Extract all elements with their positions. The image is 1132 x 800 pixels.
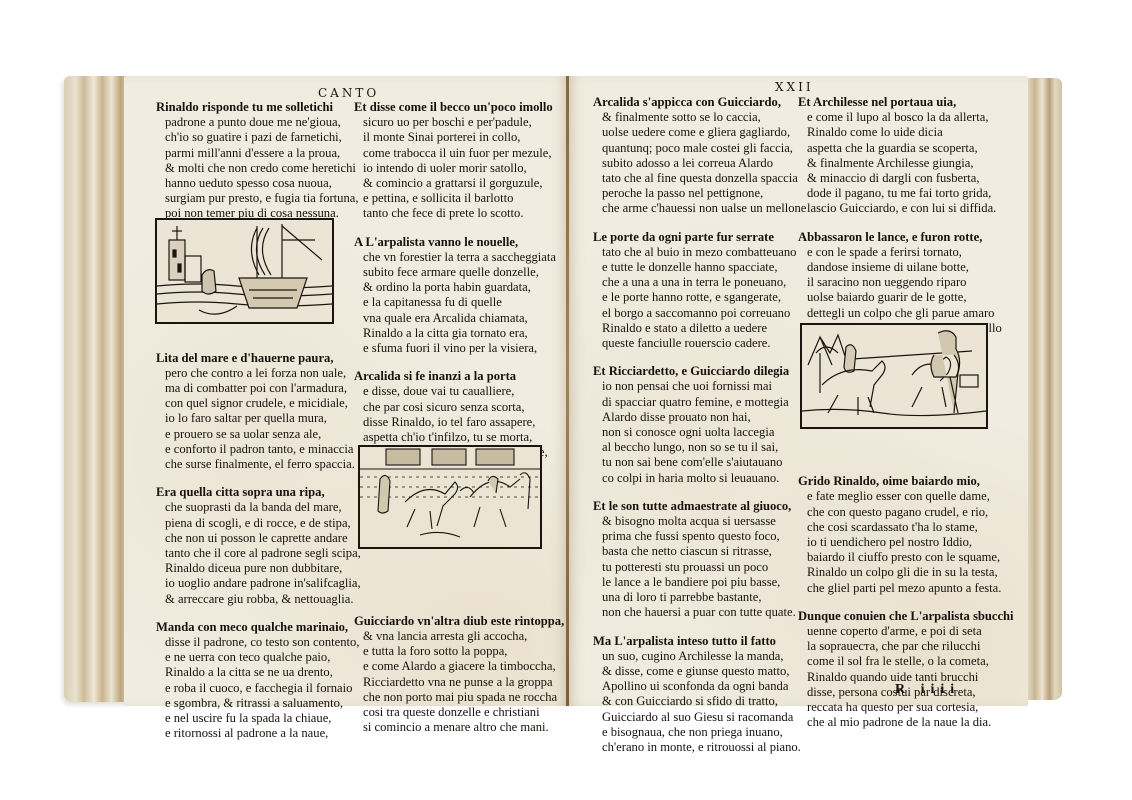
verse-line: disse il padrone, co testo son contento, [156,635,361,650]
verse-line: si comincio a menare altro che mani. [354,720,564,735]
verse-line: tanto che il core al padrone segli scipa… [156,546,361,561]
verse-line: sicuro uo per boschi e per'padule, [354,115,564,130]
verse-line: non che hauersi a puar con tutte quate. [593,605,806,620]
verse-line: Ricciardetto vna ne punse a la groppa [354,675,564,690]
verse-line: queste fanciulle rouerscio cadere. [593,336,806,351]
verse-line: reccata ha questo per sua cortesia, [798,700,1014,715]
verse-line: e bisognaua, che non priega inuano, [593,725,806,740]
verse-line: ch'erano in monte, e ritrouossi al piano… [593,740,806,755]
right-page-column-1: Arcalida s'appicca con Guicciardo,& fina… [593,95,806,768]
verse-line: subito adosso a lei correua Alardo [593,156,806,171]
verse-line: vna quale era Arcalida chiamata, [354,311,564,326]
verse-line: dode il pagano, tu me fai torto grida, [798,186,1014,201]
verse-line: Guicciardo vn'altra diub este rintoppa, [354,614,564,629]
verse-line: A L'arpalista vanno le nouelle, [354,235,564,250]
verse-line: & disse, come e giunse questo matto, [593,664,806,679]
verse-line: Arcalida s'appicca con Guicciardo, [593,95,806,110]
verse-line: Manda con meco qualche marinaio, [156,620,361,635]
verse-line: che con questo pagano crudel, e rio, [798,505,1014,520]
verse-line: & con Guicciardo si sfido di tratto, [593,694,806,709]
verse-line: disse Rinaldo, io tel faro assapere, [354,415,564,430]
verse-line: di spacciar quatro femine, e mottegia [593,395,806,410]
verse-line: e tutta la foro sotto la poppa, [354,644,564,659]
verse-line: al beccho lungo, non so se tu il sai, [593,440,806,455]
verse-line: Ma L'arpalista inteso tutto il fatto [593,634,806,649]
verse-line: & finalmente sotto se lo caccia, [593,110,806,125]
verse-line: & finalmente Archilesse giungia, [798,156,1014,171]
stanza: Guicciardo vn'altra diub este rintoppa,&… [354,614,564,736]
verse-line: cosi tra queste donzelle e christiani [354,705,564,720]
verse-line: un suo, cugino Archilesse la manda, [593,649,806,664]
verse-line: io intendo di uoler morir satollo, [354,161,564,176]
verse-line: & bisogno molta acqua si uersasse [593,514,806,529]
woodcut-knights-illustration [800,323,988,429]
stanza: Et le son tutte admaestrate al giuoco,& … [593,499,806,621]
verse-line: io uoglio andare padrone in'salifcaglia, [156,576,361,591]
verse-line: che non porto mai piu spada ne roccha [354,690,564,705]
verse-line: e come Alardo a giacere la timboccha, [354,659,564,674]
verse-line: e prouero se sa uolar senza ale, [156,427,361,442]
verse-line: hanno ueduto spesso cosa nuoua, [156,176,361,191]
verse-line: il monte Sinai porterei in collo, [354,130,564,145]
verse-line: prima che fussi spento questo foco, [593,529,806,544]
stanza: Le porte da ogni parte fur serratetato c… [593,230,806,352]
verse-line: con quel signor crudele, e micidiale, [156,396,361,411]
verse-line: dettegli un colpo che gli parue amaro [798,306,1014,321]
stanza: Et disse come il becco un'poco imollosic… [354,100,564,222]
verse-line: Era quella citta sopra una ripa, [156,485,361,500]
verse-line: e conforto il padron tanto, e minaccia [156,442,361,457]
stanza: Rinaldo risponde tu me solletichipadrone… [156,100,361,222]
stanza: Grido Rinaldo, oime baiardo mio,e fate m… [798,474,1014,596]
verse-line: Et Ricciardetto, e Guicciardo dilegia [593,364,806,379]
verse-line: Rinaldo diceua pure non dubbitare, [156,561,361,576]
stanza: Et Ricciardetto, e Guicciardo dilegiaio … [593,364,806,486]
verse-line: baiardo il ciuffo presto con le squame, [798,550,1014,565]
stanza: A L'arpalista vanno le nouelle,che vn fo… [354,235,564,357]
verse-line: tu potteresti stu prouassi un poco [593,560,806,575]
book-gutter [566,76,569,706]
verse-line: e la capitanessa fu di quelle [354,295,564,310]
verse-line: e le porte hanno rotte, e sgangerate, [593,290,806,305]
verse-line: & vna lancia arresta gli accocha, [354,629,564,644]
stanza: Ma L'arpalista inteso tutto il fattoun s… [593,634,806,756]
running-head-right: XXII [775,80,814,94]
open-book: CANTO XXII Rinaldo risponde tu me sollet… [0,0,1132,800]
page-signature: R iiii [895,682,960,698]
left-page-column-1: Rinaldo risponde tu me solletichipadrone… [156,100,361,755]
verse-line: e sgombra, & ritrassi a saluamento, [156,696,361,711]
verse-line: tato che al buio in mezo combatteuano [593,245,806,260]
verse-line: & minaccio di dargli con fusberta, [798,171,1014,186]
stanza: Era quella citta sopra una ripa,che suop… [156,485,361,607]
left-page-block-edge [64,76,130,702]
verse-line: & comincio a grattarsi il gorguzule, [354,176,564,191]
verse-line: padrone a punto doue me ne'gioua, [156,115,361,130]
verse-line: Rinaldo e stato a diletto a uedere [593,321,806,336]
verse-line: che vn forestier la terra a saccheggiata [354,250,564,265]
verse-line: tato che al fine questa donzella spaccia [593,171,806,186]
verse-line: pero che contro a lei forza non uale, [156,366,361,381]
verse-line: piena di scogli, e di rocce, e de stipa, [156,516,361,531]
verse-line: Apollino ui sconfonda da ogni banda [593,679,806,694]
verse-line: ch'io so guatire i pazi de farnetichi, [156,130,361,145]
verse-line: parmi mill'anni d'essere a la proua, [156,146,361,161]
verse-line: le lance a le bandiere poi piu basse, [593,575,806,590]
verse-line: e ne uerra con teco qualche paio, [156,650,361,665]
verse-line: peroche la passo nel pettignone, [593,186,806,201]
verse-line: una di loro ti parrebbe bastante, [593,590,806,605]
verse-line: co colpi in haria molto si leuauano. [593,471,806,486]
verse-line: Alardo disse prouato non hai, [593,410,806,425]
verse-line: Le porte da ogni parte fur serrate [593,230,806,245]
verse-line: io non pensai che uoi fornissi mai [593,379,806,394]
verse-line: Arcalida si fe inanzi a la porta [354,369,564,384]
verse-line: quantunq; poco male costei gli faccia, [593,141,806,156]
verse-line: la sopraueста, che par che rilucchi [798,639,1014,654]
verse-line: che a una a una in terra le poneuano, [593,275,806,290]
verse-line: che al mio padrone de la naue la dia. [798,715,1014,730]
verse-line: tu non sai bene com'elle s'aiutauano [593,455,806,470]
verse-line: e sfuma fuori il vino per la visiera, [354,341,564,356]
verse-line: basta che netto ciascun si ritrasse, [593,544,806,559]
verse-line: uolse uedere come e gliera gagliardo, [593,125,806,140]
verse-line: e fate meglio esser con quelle dame, [798,489,1014,504]
verse-line: io ti uendichero pel nostro Iddio, [798,535,1014,550]
verse-line: Et disse come il becco un'poco imollo [354,100,564,115]
verse-line: e con le spade a ferirsi tornato, [798,245,1014,260]
verse-line: e roba il cuoco, e facchegia il fornaio [156,681,361,696]
running-head-left: CANTO [318,86,379,100]
verse-line: Et Archilesse nel portaua uia, [798,95,1014,110]
verse-line: Rinaldo un colpo gli die in su la testa, [798,565,1014,580]
verse-line: Rinaldo a la citta gia tornato era, [354,326,564,341]
verse-line: tanto che fece di prete lo scotto. [354,206,564,221]
verse-line: Lita del mare e d'hauerne paura, [156,351,361,366]
verse-line: che arme c'hauessi non ualse un mellone [593,201,806,216]
left-page-column-2: Et disse come il becco un'poco imollosic… [354,100,564,749]
stanza: Arcalida s'appicca con Guicciardo,& fina… [593,95,806,217]
woodcut-joust-illustration [358,445,542,549]
verse-line: e ritornossi al padrone a la naue, [156,726,361,741]
verse-line: & ordino la porta habin guardata, [354,280,564,295]
verse-line: Et le son tutte admaestrate al giuoco, [593,499,806,514]
verse-line: e tutte le donzelle hanno spacciate, [593,260,806,275]
verse-line: Rinaldo come lo uide dicia [798,125,1014,140]
right-page-block-edge [1026,78,1062,700]
stanza: Manda con meco qualche marinaio,disse il… [156,620,361,742]
verse-line: uenne coperto d'arme, e poi di seta [798,624,1014,639]
verse-line: che gliel parti pel mezo apunto a festa. [798,581,1014,596]
verse-line: el borgo a saccomanno poi correuano [593,306,806,321]
verse-line: io lo faro saltar per quella mura, [156,411,361,426]
verse-line: surgiam pur presto, e fugia tia fortuna, [156,191,361,206]
stanza: Lita del mare e d'hauerne paura,pero che… [156,351,361,473]
verse-line: aspetta ch'io t'infilzo, tu se morta, [354,430,564,445]
verse-line: Abbassaron le lance, e furon rotte, [798,230,1014,245]
verse-line: Dunque conuien che L'arpalista sbucchi [798,609,1014,624]
verse-line: Rinaldo a la citta se ne ua drento, [156,665,361,680]
verse-line: uolse baiardo guarir de le gotte, [798,290,1014,305]
verse-line: che cosi scardassato t'ha lo stame, [798,520,1014,535]
verse-line: ma di combatter poi con l'armadura, [156,381,361,396]
verse-line: Grido Rinaldo, oime baiardo mio, [798,474,1014,489]
stanza: Dunque conuien che L'arpalista sbucchiue… [798,609,1014,731]
verse-line: & arreccare giu robba, & nettouaglia. [156,592,361,607]
verse-line: il saracino non ueggendo riparo [798,275,1014,290]
verse-line: e nel uscire fu la spada la chiaue, [156,711,361,726]
verse-line: e come il lupo al bosco la da allerta, [798,110,1014,125]
verse-line: come il sol fra le stelle, o la cometa, [798,654,1014,669]
verse-line: & molti che non credo come heretichi [156,161,361,176]
verse-line: lascio Guicciardo, e con lui si diffida. [798,201,1014,216]
verse-line: e disse, doue vai tu caualliere, [354,384,564,399]
verse-line: subito fece armare quelle donzelle, [354,265,564,280]
stanza: Et Archilesse nel portaua uia,e come il … [798,95,1014,217]
verse-line: e pettina, e sollicita il barlotto [354,191,564,206]
verse-line: dandose insieme di uilane botte, [798,260,1014,275]
verse-line: aspetta che la guardia se scoperta, [798,141,1014,156]
verse-line: non si conosce ogni uolta laccegia [593,425,806,440]
verse-line: come trabocca il uin fuor per mezule, [354,146,564,161]
verse-line: Guicciardo al suo Giesu si racomanda [593,710,806,725]
verse-line: che surse finalmente, el ferro spaccia. [156,457,361,472]
verse-line: Rinaldo risponde tu me solletichi [156,100,361,115]
verse-line: che suoprasti da la banda del mare, [156,500,361,515]
verse-line: che non ui posson le caprette andare [156,531,361,546]
woodcut-ship-illustration [155,218,334,324]
verse-line: che par cosi sicuro senza scorta, [354,400,564,415]
